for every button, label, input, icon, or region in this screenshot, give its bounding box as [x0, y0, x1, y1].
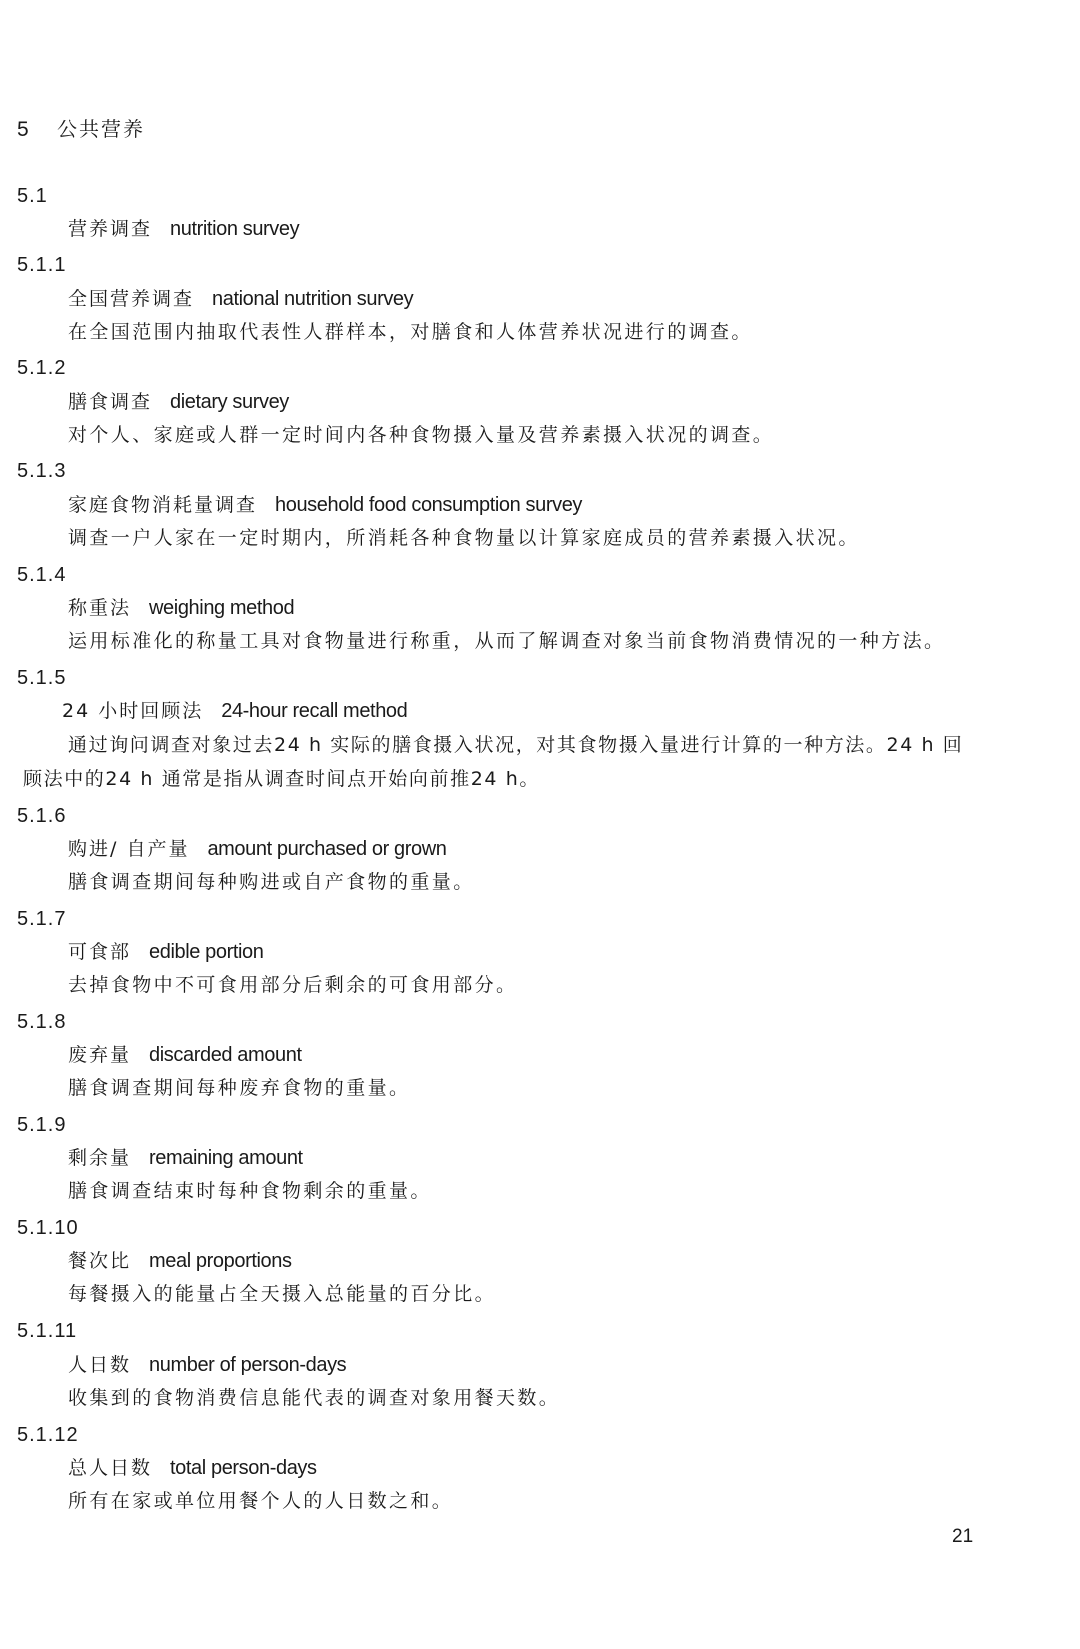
term-chinese: 称重法: [68, 597, 131, 619]
term-chinese: 可食部: [68, 941, 131, 963]
definition-text: 收集到的食物消费信息能代表的调查对象用餐天数。: [68, 1385, 560, 1411]
definition-text: 通过询问调查对象过去24 h 实际的膳食摄入状况，对其食物摄入量进行计算的一种方…: [68, 732, 963, 758]
term-english: household food consumption survey: [275, 494, 582, 516]
term-line: 购进/ 自产量amount purchased or grown: [68, 836, 447, 862]
term-english: weighing method: [149, 597, 294, 619]
term-english: total person-days: [170, 1457, 317, 1479]
clause-number: 5.1.10: [17, 1215, 79, 1241]
term-line: 全国营养调查national nutrition survey: [68, 286, 413, 312]
term-chinese: 购进/ 自产量: [68, 838, 189, 860]
term-chinese: 家庭食物消耗量调查: [68, 494, 257, 516]
term-english: dietary survey: [170, 391, 289, 413]
term-line: 可食部edible portion: [68, 939, 264, 965]
term-line: 称重法weighing method: [68, 595, 294, 621]
definition-text: 在全国范围内抽取代表性人群样本，对膳食和人体营养状况进行的调查。: [68, 319, 753, 345]
definition-text: 膳食调查期间每种废弃食物的重量。: [68, 1075, 410, 1101]
clause-number: 5.1.6: [17, 803, 66, 829]
term-english: number of person-days: [149, 1354, 346, 1376]
definition-text: 运用标准化的称量工具对食物量进行称重，从而了解调查对象当前食物消费情况的一种方法…: [68, 628, 945, 654]
term-chinese: 总人日数: [68, 1457, 152, 1479]
term-line: 总人日数total person-days: [68, 1455, 317, 1481]
clause-number: 5.1.2: [17, 355, 66, 381]
definition-text: 膳食调查期间每种购进或自产食物的重量。: [68, 869, 475, 895]
term-english: amount purchased or grown: [207, 838, 446, 860]
term-english: nutrition survey: [170, 218, 299, 240]
clause-number: 5.1.3: [17, 458, 66, 484]
term-chinese: 24 小时回顾法: [62, 700, 203, 722]
clause-number: 5.1.9: [17, 1112, 66, 1138]
term-english: national nutrition survey: [212, 288, 413, 310]
chapter-heading: 5公共营养: [17, 116, 145, 143]
clause-number: 5.1: [17, 183, 48, 209]
chapter-number: 5: [17, 117, 57, 143]
term-chinese: 营养调查: [68, 218, 152, 240]
chapter-title: 公共营养: [57, 117, 145, 141]
term-line: 24 小时回顾法24-hour recall method: [62, 698, 407, 724]
definition-text: 所有在家或单位用餐个人的人日数之和。: [68, 1488, 453, 1514]
definition-text: 对个人、家庭或人群一定时间内各种食物摄入量及营养素摄入状况的调查。: [68, 422, 774, 448]
definition-text: 每餐摄入的能量占全天摄入总能量的百分比。: [68, 1281, 496, 1307]
term-line: 营养调查nutrition survey: [68, 216, 299, 242]
term-line: 膳食调查dietary survey: [68, 389, 289, 415]
term-line: 家庭食物消耗量调查household food consumption surv…: [68, 492, 582, 518]
term-line: 剩余量remaining amount: [68, 1145, 303, 1171]
term-line: 人日数number of person-days: [68, 1352, 346, 1378]
term-chinese: 全国营养调查: [68, 288, 194, 310]
document-page: 5公共营养 5.1 营养调查nutrition survey 5.1.1 全国营…: [0, 0, 1080, 1649]
term-chinese: 废弃量: [68, 1044, 131, 1066]
term-english: meal proportions: [149, 1250, 292, 1272]
term-english: remaining amount: [149, 1147, 303, 1169]
clause-number: 5.1.1: [17, 252, 66, 278]
term-english: edible portion: [149, 941, 264, 963]
clause-number: 5.1.5: [17, 665, 66, 691]
clause-number: 5.1.7: [17, 906, 66, 932]
clause-number: 5.1.4: [17, 562, 66, 588]
definition-text: 膳食调查结束时每种食物剩余的重量。: [68, 1178, 432, 1204]
term-chinese: 餐次比: [68, 1250, 131, 1272]
clause-number: 5.1.8: [17, 1009, 66, 1035]
definition-text-continued: 顾法中的24 h 通常是指从调查时间点开始向前推24 h。: [23, 766, 540, 792]
definition-text: 调查一户人家在一定时期内，所消耗各种食物量以计算家庭成员的营养素摄入状况。: [68, 525, 860, 551]
term-line: 餐次比meal proportions: [68, 1248, 292, 1274]
term-english: 24-hour recall method: [221, 700, 407, 722]
definition-text: 去掉食物中不可食用部分后剩余的可食用部分。: [68, 972, 517, 998]
term-line: 废弃量discarded amount: [68, 1042, 302, 1068]
page-number: 21: [952, 1526, 973, 1548]
clause-number: 5.1.12: [17, 1422, 79, 1448]
term-chinese: 人日数: [68, 1354, 131, 1376]
term-chinese: 剩余量: [68, 1147, 131, 1169]
term-chinese: 膳食调查: [68, 391, 152, 413]
term-english: discarded amount: [149, 1044, 302, 1066]
clause-number: 5.1.11: [17, 1318, 77, 1344]
